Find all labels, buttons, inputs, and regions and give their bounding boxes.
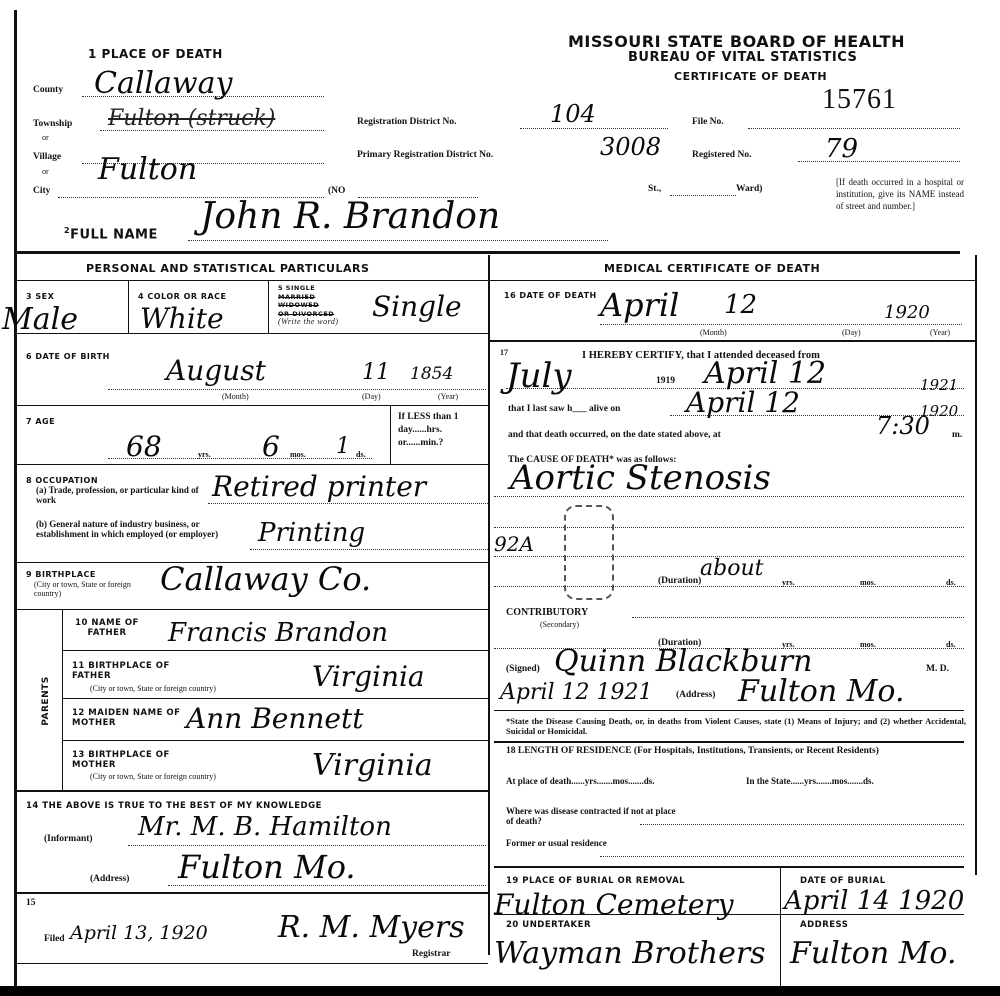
contracted-line xyxy=(640,824,964,825)
birthplace-label: 9 BIRTHPLACE xyxy=(26,570,96,579)
dob-month-caption: (Month) xyxy=(222,392,249,401)
contracted-label: Where was disease contracted if not at p… xyxy=(506,806,676,826)
divider xyxy=(494,866,964,868)
registration-district-value[interactable]: 104 xyxy=(550,100,596,128)
dob-year-caption: (Year) xyxy=(438,392,458,401)
divider xyxy=(16,280,488,281)
occupation-a-line xyxy=(208,503,488,504)
burial-date-label: DATE OF BURIAL xyxy=(800,876,886,886)
time-m-label: m. xyxy=(952,430,962,440)
certificate-number: 15761 xyxy=(822,84,897,116)
dod-day-caption: (Day) xyxy=(842,328,861,337)
duration-ds: ds. xyxy=(946,578,956,587)
father-name-value[interactable]: Francis Brandon xyxy=(168,618,388,648)
duration-ds-2: ds. xyxy=(946,640,956,649)
county-label: County xyxy=(33,85,63,95)
occupation-b-label: (b) General nature of industry business,… xyxy=(36,519,246,539)
race-value[interactable]: White xyxy=(140,302,224,335)
occupation-b-line xyxy=(250,549,488,550)
contributory-line xyxy=(632,617,964,618)
registered-no-value[interactable]: 79 xyxy=(825,134,858,164)
informant-address-value[interactable]: Fulton Mo. xyxy=(178,848,356,886)
dod-day[interactable]: 12 xyxy=(724,290,757,320)
last-saw-value[interactable]: April 12 xyxy=(686,386,800,419)
divider xyxy=(16,333,488,334)
duration-yrs: yrs. xyxy=(782,578,795,587)
cause-line-4 xyxy=(494,586,964,587)
dob-line xyxy=(108,389,486,390)
age-label: 7 AGE xyxy=(26,417,55,426)
attended-from-year: 1919 xyxy=(656,376,675,386)
filed-label: Filed xyxy=(44,934,65,944)
burial-place-label: 19 PLACE OF BURIAL OR REMOVAL xyxy=(506,876,685,886)
duration-mos-2: mos. xyxy=(860,640,876,649)
contributory-label: CONTRIBUTORY xyxy=(506,607,588,618)
birthplace-hint: (City or town, State or foreign country) xyxy=(34,580,154,598)
undertaker-address-value[interactable]: Fulton Mo. xyxy=(790,936,957,971)
sex-value[interactable]: Male xyxy=(2,302,78,337)
former-residence-line xyxy=(600,856,964,857)
duration-mos: mos. xyxy=(860,578,876,587)
dod-label: 16 DATE OF DEATH xyxy=(504,291,597,300)
ward-label: Ward) xyxy=(736,184,762,194)
mother-name-label: 12 MAIDEN NAME OF MOTHER xyxy=(72,708,188,728)
full-name-label: 2FULL NAME xyxy=(64,226,158,242)
registered-no-line xyxy=(798,161,960,162)
divider xyxy=(16,464,488,465)
full-name-value[interactable]: John R. Brandon xyxy=(200,196,500,237)
age-yrs-label: yrs. xyxy=(198,450,211,459)
registration-district-label: Registration District No. xyxy=(357,117,456,127)
left-border xyxy=(14,10,17,986)
attended-from[interactable]: July xyxy=(506,356,572,396)
personal-section-title: PERSONAL AND STATISTICAL PARTICULARS xyxy=(86,262,369,275)
township-label: Township xyxy=(33,119,72,129)
occupation-label: 8 OCCUPATION xyxy=(26,476,98,485)
parents-divider xyxy=(62,610,63,790)
dob-day-caption: (Day) xyxy=(362,392,381,401)
signature-address-label: (Address) xyxy=(676,690,715,700)
marital-value[interactable]: Single xyxy=(372,290,462,323)
divider xyxy=(489,340,975,342)
registration-district-line xyxy=(520,128,668,129)
race-label: 4 COLOR OR RACE xyxy=(138,292,227,301)
or-text: or xyxy=(42,167,49,176)
file-no-line xyxy=(748,128,960,129)
registrar-label: Registrar xyxy=(412,949,451,959)
registrar-signature[interactable]: R. M. Myers xyxy=(278,910,465,945)
divider xyxy=(62,740,488,741)
occupation-a-value[interactable]: Retired printer xyxy=(212,470,426,503)
marital-option-single: 5 SINGLE xyxy=(278,284,339,293)
village-label: Village xyxy=(33,152,61,162)
mother-name-value[interactable]: Ann Bennett xyxy=(186,702,363,735)
signed-label: (Signed) xyxy=(506,664,540,674)
sex-label: 3 SEX xyxy=(26,292,54,301)
medical-section-title: MEDICAL CERTIFICATE OF DEATH xyxy=(604,262,820,275)
informant-label: (Informant) xyxy=(44,834,93,844)
marital-options: 5 SINGLE MARRIED WIDOWED OR DIVORCED (Wr… xyxy=(278,284,339,327)
mother-birthplace-value[interactable]: Virginia xyxy=(312,748,433,783)
divider xyxy=(494,710,964,711)
divider xyxy=(16,892,488,894)
age-ds-label: ds. xyxy=(356,450,366,459)
street-label: St., xyxy=(648,184,661,194)
registered-no-label: Registered No. xyxy=(692,150,751,160)
header-divider xyxy=(14,251,960,254)
attended-to-year[interactable]: 1921 xyxy=(920,376,958,394)
marital-hint: (Write the word) xyxy=(278,318,339,327)
street-no-label: (NO xyxy=(328,186,345,196)
informant-value[interactable]: Mr. M. B. Hamilton xyxy=(138,812,392,842)
md-label: M. D. xyxy=(926,664,949,674)
marital-option-married: MARRIED xyxy=(278,293,339,302)
footnote: *State the Disease Causing Death, or, in… xyxy=(506,716,966,736)
certificate-type: CERTIFICATE OF DEATH xyxy=(674,70,827,83)
divider xyxy=(268,281,269,333)
dob-year[interactable]: 1854 xyxy=(410,364,453,384)
divider xyxy=(16,963,488,964)
duration-label: (Duration) xyxy=(658,576,701,586)
father-birthplace-hint: (City or town, State or foreign country) xyxy=(90,684,216,693)
right-border xyxy=(975,255,977,875)
bureau-subtitle: BUREAU OF VITAL STATISTICS xyxy=(628,50,857,65)
residence-label: 18 LENGTH OF RESIDENCE (For Hospitals, I… xyxy=(506,746,964,757)
divider xyxy=(780,868,781,986)
age-months[interactable]: 6 xyxy=(262,430,280,463)
father-birthplace-value[interactable]: Virginia xyxy=(312,660,425,693)
dob-day[interactable]: 11 xyxy=(362,360,390,385)
informant-address-label: (Address) xyxy=(90,874,129,884)
birthplace-value[interactable]: Callaway Co. xyxy=(160,560,371,598)
divider xyxy=(494,914,964,915)
city-label: City xyxy=(33,186,50,196)
divider xyxy=(16,790,488,792)
board-title: MISSOURI STATE BOARD OF HEALTH xyxy=(568,32,905,51)
dod-month[interactable]: April xyxy=(600,286,679,324)
place-of-death-label: 1 PLACE OF DEATH xyxy=(88,47,223,61)
filed-number: 15 xyxy=(26,898,36,908)
divider xyxy=(128,281,129,333)
dob-month[interactable]: August xyxy=(166,354,266,387)
dod-year-caption: (Year) xyxy=(930,328,950,337)
in-state-label: In the State......yrs.......mos.......ds… xyxy=(746,776,964,786)
signature-address-value[interactable]: Fulton Mo. xyxy=(738,674,905,709)
occupation-b-value[interactable]: Printing xyxy=(258,518,365,548)
undertaker-value[interactable]: Wayman Brothers xyxy=(494,936,766,971)
less-than-day-label: If LESS than 1 day......hrs. or......min… xyxy=(398,411,486,450)
file-no-label: File No. xyxy=(692,117,724,127)
time-value[interactable]: 7:30 xyxy=(876,412,930,440)
burial-place-value[interactable]: Fulton Cemetery xyxy=(494,888,734,921)
scan-edge-bar xyxy=(0,986,1000,996)
marital-option-widowed: WIDOWED xyxy=(278,301,339,310)
father-birthplace-label: 11 BIRTHPLACE OF FATHER xyxy=(72,661,172,681)
full-name-label-text: FULL NAME xyxy=(70,227,158,242)
dob-label: 6 DATE OF BIRTH xyxy=(26,352,110,361)
secondary-label: (Secondary) xyxy=(540,620,579,629)
township-value[interactable]: Fulton (struck) xyxy=(108,106,275,131)
mother-birthplace-label: 13 BIRTHPLACE OF MOTHER xyxy=(72,750,172,770)
full-name-line xyxy=(188,240,608,241)
mother-birthplace-hint: (City or town, State or foreign country) xyxy=(90,772,216,781)
last-saw-text: that I last saw h___ alive on xyxy=(508,404,620,414)
center-divider xyxy=(488,255,490,955)
county-value[interactable]: Callaway xyxy=(94,66,232,101)
former-residence-label: Former or usual residence xyxy=(506,838,626,848)
dod-month-caption: (Month) xyxy=(700,328,727,337)
divider xyxy=(494,741,964,743)
age-years[interactable]: 68 xyxy=(126,430,162,463)
divider xyxy=(16,609,488,610)
filed-value[interactable]: April 13, 1920 xyxy=(70,922,208,944)
duration-value[interactable]: about xyxy=(700,556,763,581)
margin-code: 92A xyxy=(494,532,534,556)
hospital-note: [If death occurred in a hospital or inst… xyxy=(836,176,964,212)
occupation-a-label: (a) Trade, profession, or particular kin… xyxy=(36,485,216,505)
divider xyxy=(16,405,488,406)
age-mos-label: mos. xyxy=(290,450,306,459)
parents-label: PARENTS xyxy=(41,671,51,731)
undertaker-label: 20 UNDERTAKER xyxy=(506,920,591,930)
village-value[interactable]: Fulton xyxy=(98,152,197,187)
primary-district-value[interactable]: 3008 xyxy=(600,133,661,161)
occurred-text: and that death occurred, on the date sta… xyxy=(508,430,721,440)
age-days[interactable]: 1 xyxy=(336,434,350,459)
signed-date[interactable]: April 12 1921 xyxy=(500,680,653,705)
ward-line xyxy=(670,195,736,196)
divider xyxy=(62,698,488,699)
informant-line xyxy=(128,845,486,846)
informant-header: 14 THE ABOVE IS TRUE TO THE BEST OF MY K… xyxy=(26,801,322,811)
father-name-label: 10 NAME OF FATHER xyxy=(72,618,142,638)
burial-date-value[interactable]: April 14 1920 xyxy=(784,886,964,916)
divider xyxy=(489,280,975,281)
dod-year[interactable]: 1920 xyxy=(884,302,930,323)
or-text: or xyxy=(42,133,49,142)
divider xyxy=(390,406,391,464)
at-place-label: At place of death......yrs.......mos....… xyxy=(506,776,746,786)
cause-value[interactable]: Aortic Stenosis xyxy=(510,458,771,498)
dod-line xyxy=(600,324,962,325)
primary-district-label: Primary Registration District No. xyxy=(357,150,493,160)
divider xyxy=(62,650,488,651)
undertaker-address-label: ADDRESS xyxy=(800,920,848,930)
